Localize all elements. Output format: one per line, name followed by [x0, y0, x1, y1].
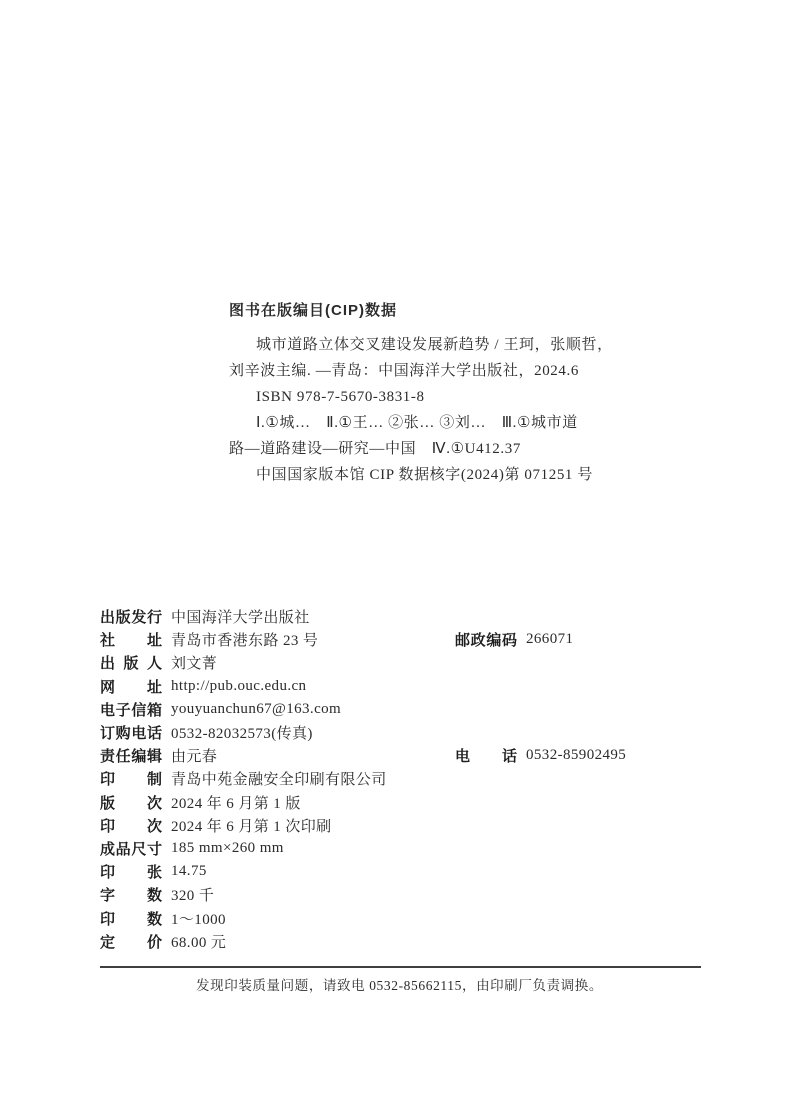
colophon-value: 1～1000	[171, 908, 226, 929]
colophon-label: 责任编辑	[100, 745, 162, 766]
colophon-row-impression: 印次 2024 年 6 月第 1 次印刷	[100, 814, 720, 837]
colophon-value: 266071	[526, 631, 573, 648]
colophon-label: 字数	[100, 884, 162, 905]
colophon-label: 出版发行	[100, 606, 162, 627]
colophon-label: 印张	[100, 861, 162, 882]
colophon-value: 青岛中苑金融安全印刷有限公司	[171, 768, 387, 789]
colophon-value: 185 mm×260 mm	[171, 840, 284, 857]
copyright-page: 图书在版编目(CIP)数据 城市道路立体交叉建设发展新趋势 / 王珂，张顺哲， …	[0, 0, 799, 1114]
colophon-label: 出版人	[100, 652, 162, 673]
cip-classification-line1: Ⅰ.①城… Ⅱ.①王… ②张… ③刘… Ⅲ.①城市道	[229, 410, 609, 436]
colophon-label: 成品尺寸	[100, 838, 162, 859]
colophon-value: 刘文菁	[171, 652, 217, 673]
cip-isbn-line: ISBN 978-7-5670-3831-8	[229, 384, 609, 410]
colophon-value: 中国海洋大学出版社	[171, 606, 310, 627]
colophon-row-sheets: 印张 14.75	[100, 860, 720, 883]
colophon-row-publisher-person: 出版人 刘文菁	[100, 651, 720, 674]
colophon-row-address: 社址 青岛市香港东路 23 号 邮政编码 266071	[100, 628, 720, 651]
colophon-value: 14.75	[171, 863, 207, 880]
colophon-label: 版次	[100, 792, 162, 813]
colophon-label: 印次	[100, 815, 162, 836]
colophon-postal-code: 邮政编码 266071	[455, 628, 573, 651]
colophon-row-price: 定价 68.00 元	[100, 930, 720, 953]
cip-publisher-line: 刘辛波主编. —青岛：中国海洋大学出版社，2024.6	[229, 358, 609, 384]
colophon-row-email: 电子信箱 youyuanchun67@163.com	[100, 698, 720, 721]
colophon-value: 2024 年 6 月第 1 版	[171, 792, 301, 813]
colophon-row-order-phone: 订购电话 0532-82032573(传真)	[100, 721, 720, 744]
colophon-row-word-count: 字数 320 千	[100, 883, 720, 906]
colophon-label: 印制	[100, 768, 162, 789]
colophon-value: http://pub.ouc.edu.cn	[171, 678, 306, 695]
cip-record-line: 中国国家版本馆 CIP 数据核字(2024)第 071251 号	[229, 462, 609, 488]
colophon-label: 定价	[100, 931, 162, 952]
colophon-value: 68.00 元	[171, 931, 226, 952]
colophon-label: 印数	[100, 908, 162, 929]
colophon-value: 由元春	[171, 745, 217, 766]
colophon-block: 出版发行 中国海洋大学出版社 社址 青岛市香港东路 23 号 邮政编码 2660…	[100, 605, 720, 953]
colophon-row-publisher: 出版发行 中国海洋大学出版社	[100, 605, 720, 628]
colophon-value: youyuanchun67@163.com	[171, 701, 341, 718]
colophon-row-website: 网址 http://pub.ouc.edu.cn	[100, 675, 720, 698]
cip-title-line: 城市道路立体交叉建设发展新趋势 / 王珂，张顺哲，	[229, 332, 609, 358]
quality-notice: 发现印装质量问题，请致电 0532-85662115，由印刷厂负责调换。	[0, 976, 799, 996]
colophon-label: 订购电话	[100, 722, 162, 743]
colophon-value: 0532-85902495	[526, 747, 626, 764]
colophon-label: 邮政编码	[455, 629, 517, 650]
colophon-row-edition: 版次 2024 年 6 月第 1 版	[100, 791, 720, 814]
colophon-phone: 电话 0532-85902495	[455, 744, 626, 767]
colophon-value: 320 千	[171, 884, 214, 905]
cip-heading: 图书在版编目(CIP)数据	[229, 298, 609, 324]
colophon-value: 2024 年 6 月第 1 次印刷	[171, 815, 332, 836]
cip-classification-line2: 路—道路建设—研究—中国 Ⅳ.①U412.37	[229, 436, 609, 462]
colophon-row-size: 成品尺寸 185 mm×260 mm	[100, 837, 720, 860]
colophon-label: 网址	[100, 676, 162, 697]
colophon-row-printer: 印制 青岛中苑金融安全印刷有限公司	[100, 767, 720, 790]
colophon-value: 0532-82032573(传真)	[171, 722, 313, 743]
colophon-row-editor: 责任编辑 由元春 电话 0532-85902495	[100, 744, 720, 767]
colophon-value: 青岛市香港东路 23 号	[171, 629, 318, 650]
footer-divider	[100, 966, 701, 968]
cip-block: 图书在版编目(CIP)数据 城市道路立体交叉建设发展新趋势 / 王珂，张顺哲， …	[229, 298, 609, 488]
colophon-row-print-run: 印数 1～1000	[100, 906, 720, 929]
colophon-label: 社址	[100, 629, 162, 650]
colophon-label: 电话	[455, 745, 517, 766]
colophon-label: 电子信箱	[100, 699, 162, 720]
